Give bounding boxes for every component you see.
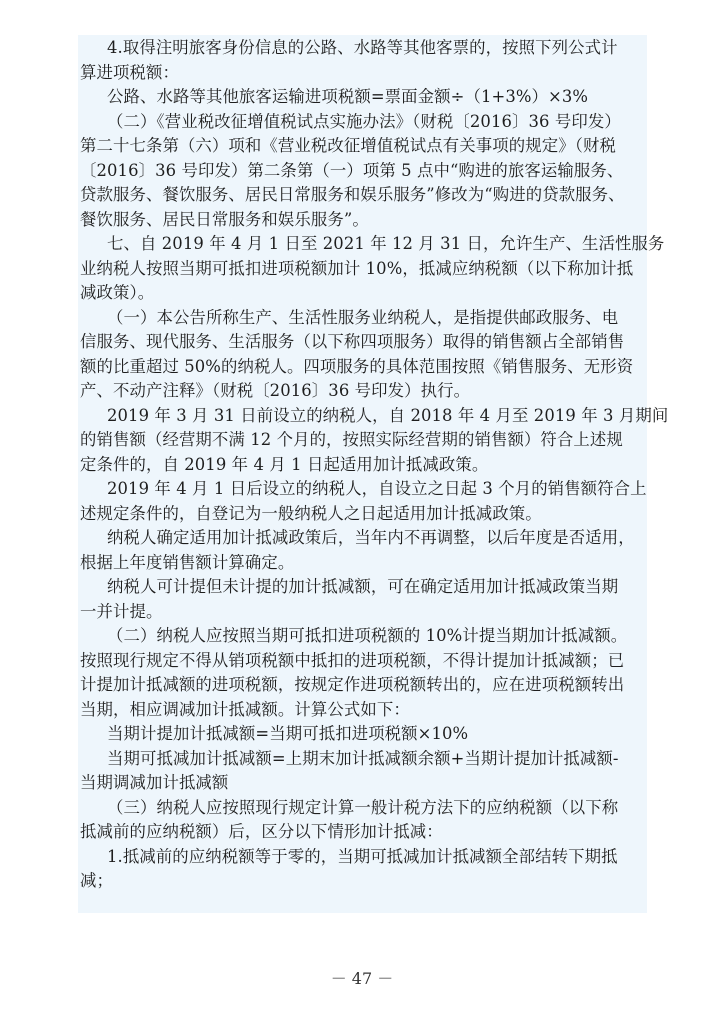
text-line: 当期计提加计抵减额=当期可抵扣进项税额×10% <box>80 722 650 747</box>
text-line: 贷款服务、餐饮服务、居民日常服务和娱乐服务”修改为“购进的贷款服务、 <box>80 183 650 208</box>
page-number: － 47 － <box>0 966 724 989</box>
text-line: 纳税人确定适用加计抵减政策后，当年内不再调整，以后年度是否适用， <box>80 526 650 551</box>
text-line: 减政策）。 <box>80 281 650 306</box>
text-line: （一）本公告所称生产、生活性服务业纳税人，是指提供邮政服务、电 <box>80 306 650 331</box>
text-line: 算进项税额： <box>80 61 650 86</box>
text-line: 〔2016〕36 号印发）第二条第（一）项第 5 点中“购进的旅客运输服务、 <box>80 159 650 184</box>
text-line: 2019 年 4 月 1 日后设立的纳税人，自设立之日起 3 个月的销售额符合上 <box>80 477 650 502</box>
text-line: 餐饮服务、居民日常服务和娱乐服务”。 <box>80 208 650 233</box>
text-line: 计提加计抵减额的进项税额，按规定作进项税额转出的，应在进项税额转出 <box>80 673 650 698</box>
text-line: （二）《营业税改征增值税试点实施办法》（财税〔2016〕36 号印发） <box>80 110 650 135</box>
text-line: （二）纳税人应按照当期可抵扣进项税额的 10%计提当期加计抵减额。 <box>80 624 650 649</box>
text-line: 的销售额（经营期不满 12 个月的，按照实际经营期的销售额）符合上述规 <box>80 428 650 453</box>
text-line: 定条件的，自 2019 年 4 月 1 日起适用加计抵减政策。 <box>80 453 650 478</box>
text-line: （三）纳税人应按照现行规定计算一般计税方法下的应纳税额（以下称 <box>80 796 650 821</box>
text-line: 公路、水路等其他旅客运输进项税额=票面金额÷（1+3%）×3% <box>80 85 650 110</box>
text-line: 减； <box>80 869 650 894</box>
text-line: 信服务、现代服务、生活服务（以下称四项服务）取得的销售额占全部销售 <box>80 330 650 355</box>
text-line: 1.抵减前的应纳税额等于零的，当期可抵减加计抵减额全部结转下期抵 <box>80 845 650 870</box>
document-body: 4.取得注明旅客身份信息的公路、水路等其他客票的，按照下列公式计算进项税额：公路… <box>80 36 650 894</box>
text-line: 当期调减加计抵减额 <box>80 771 650 796</box>
text-line: 按照现行规定不得从销项税额中抵扣的进项税额，不得计提加计抵减额；已 <box>80 649 650 674</box>
text-line: 当期可抵减加计抵减额=上期末加计抵减额余额+当期计提加计抵减额- <box>80 747 650 772</box>
text-line: 纳税人可计提但未计提的加计抵减额，可在确定适用加计抵减政策当期 <box>80 575 650 600</box>
text-line: 2019 年 3 月 31 日前设立的纳税人，自 2018 年 4 月至 201… <box>80 404 650 429</box>
text-line: 额的比重超过 50%的纳税人。四项服务的具体范围按照《销售服务、无形资 <box>80 355 650 380</box>
text-line: 业纳税人按照当期可抵扣进项税额加计 10%，抵减应纳税额（以下称加计抵 <box>80 257 650 282</box>
text-line: 抵减前的应纳税额）后，区分以下情形加计抵减： <box>80 820 650 845</box>
text-line: 一并计提。 <box>80 600 650 625</box>
text-line: 产、不动产注释》（财税〔2016〕36 号印发）执行。 <box>80 379 650 404</box>
text-line: 述规定条件的，自登记为一般纳税人之日起适用加计抵减政策。 <box>80 502 650 527</box>
text-line: 七、自 2019 年 4 月 1 日至 2021 年 12 月 31 日，允许生… <box>80 232 650 257</box>
text-line: 第二十七条第（六）项和《营业税改征增值税试点有关事项的规定》（财税 <box>80 134 650 159</box>
text-line: 4.取得注明旅客身份信息的公路、水路等其他客票的，按照下列公式计 <box>80 36 650 61</box>
text-line: 根据上年度销售额计算确定。 <box>80 551 650 576</box>
text-line: 当期，相应调减加计抵减额。计算公式如下： <box>80 698 650 723</box>
